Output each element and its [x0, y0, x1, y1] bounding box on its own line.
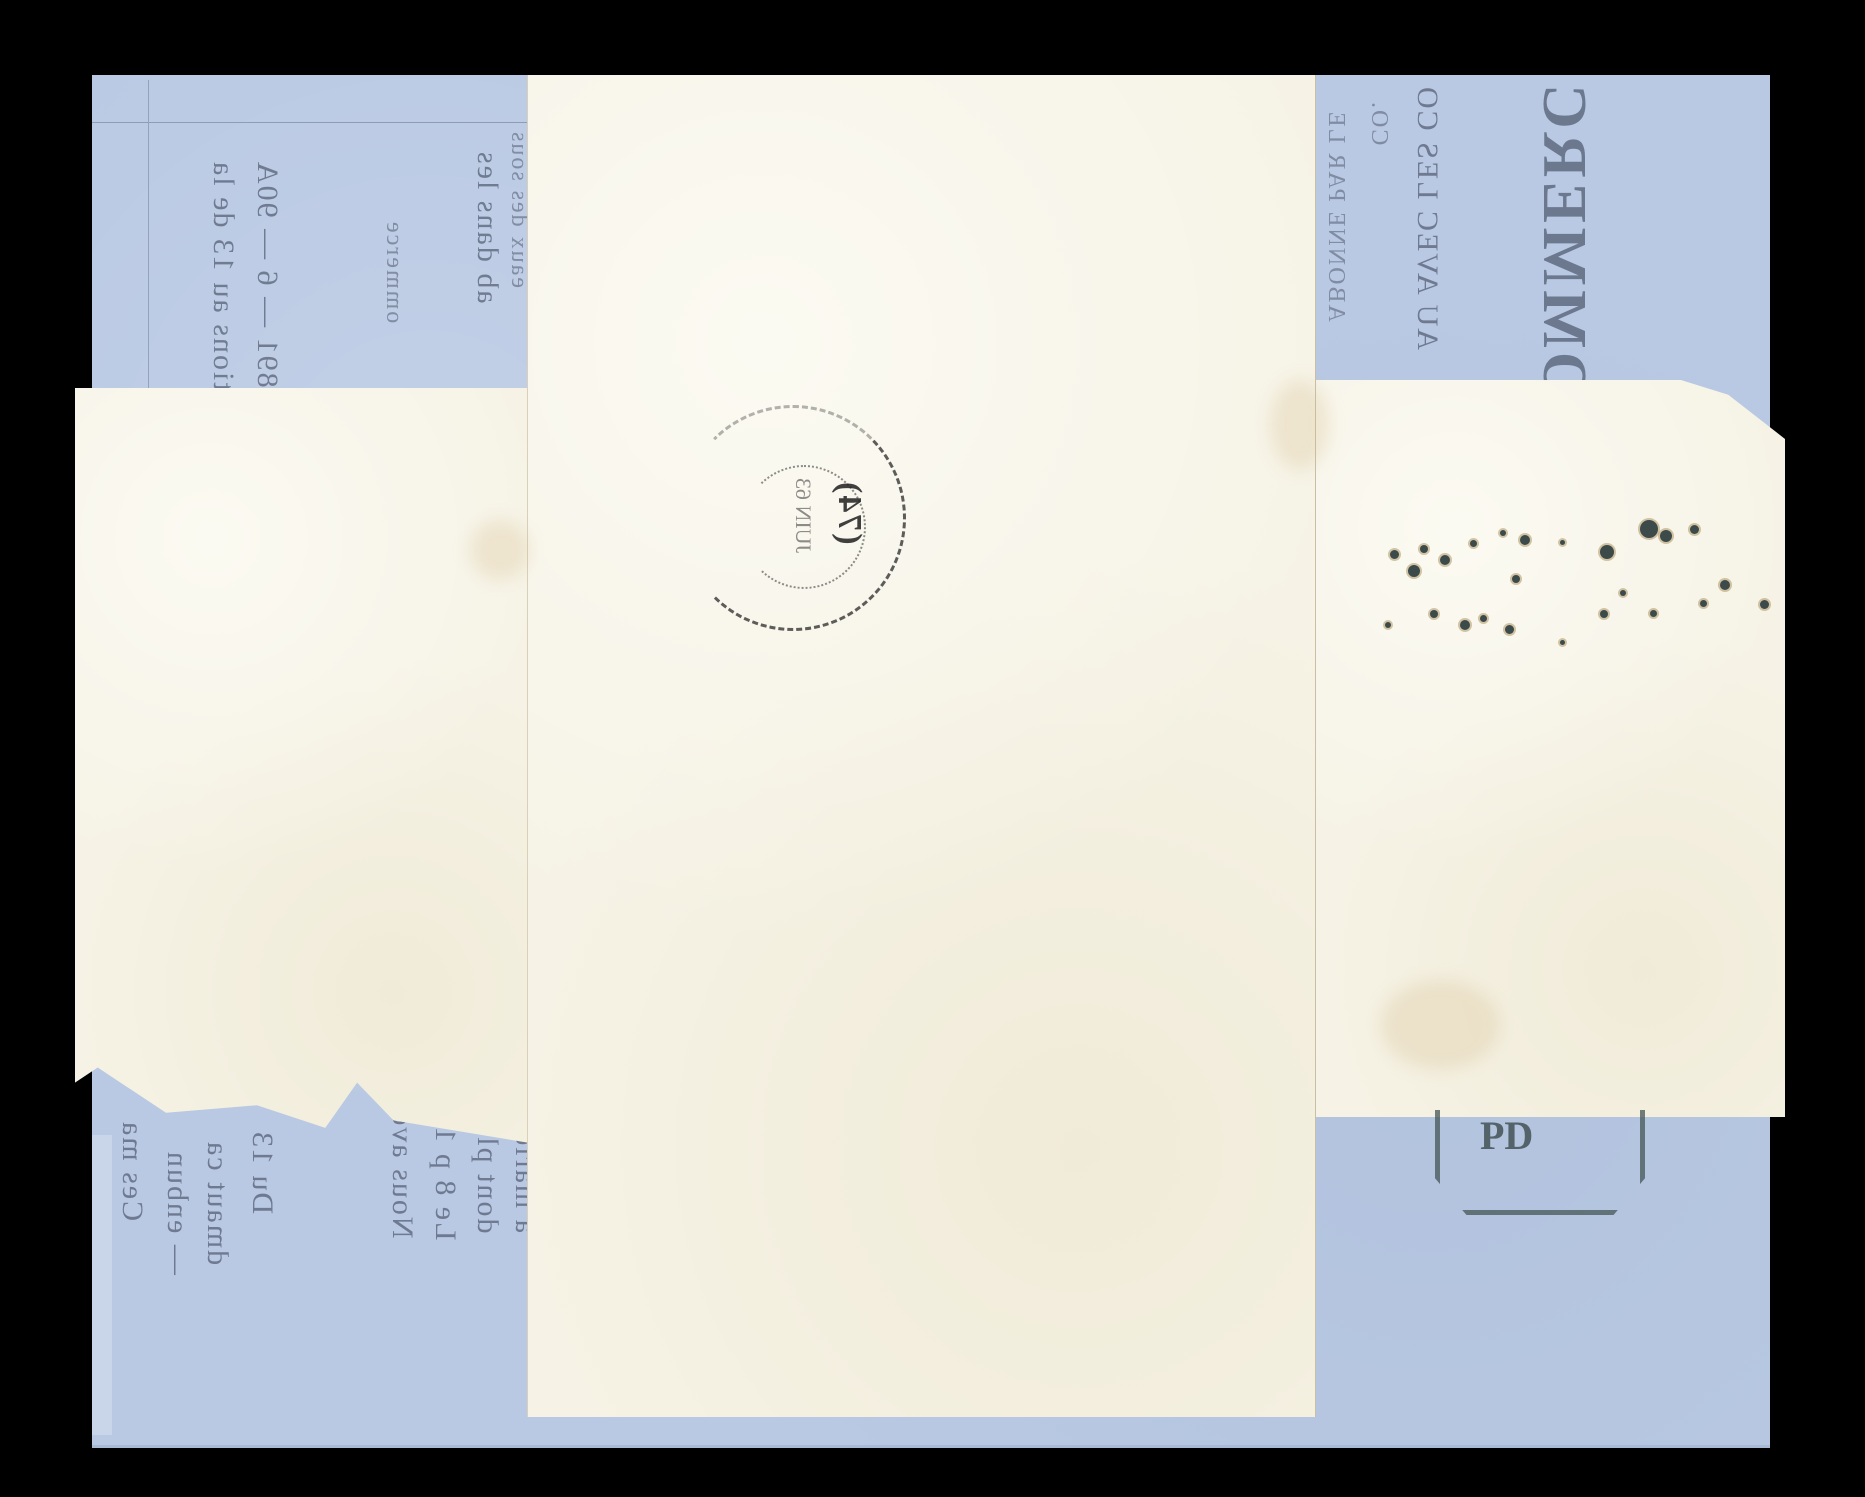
- ink-blot: [1640, 520, 1658, 538]
- newspaper-text-fragment: Nous ave: [385, 1110, 419, 1238]
- ink-blot: [1385, 622, 1391, 628]
- newspaper-text-fragment: ab dans les: [470, 150, 504, 304]
- handstamp-text: PD: [1480, 1112, 1533, 1159]
- ink-blot: [1512, 575, 1520, 583]
- foxing-stain: [470, 520, 530, 580]
- ink-blot: [1620, 590, 1626, 596]
- newspaper-text-fragment: ABONNE PAR LE: [1322, 110, 1349, 322]
- newspaper-text-fragment: CO.: [1365, 100, 1392, 145]
- newspaper-text-fragment: dmaut ca: [200, 1140, 234, 1265]
- ink-blot: [1470, 540, 1477, 547]
- ink-blot: [1600, 545, 1614, 559]
- foxing-stain: [1380, 980, 1500, 1070]
- newspaper-column-rule: [148, 80, 149, 410]
- ink-blot: [1408, 565, 1420, 577]
- wrapper-band-right: [1312, 380, 1785, 1117]
- ink-blot: [1480, 615, 1487, 622]
- newspaper-text-fragment: ommerce: [380, 220, 407, 323]
- ink-blot: [1560, 640, 1565, 645]
- ink-blot: [1505, 625, 1514, 634]
- ink-blot: [1390, 550, 1399, 559]
- ink-blot: [1520, 535, 1530, 545]
- ink-blot: [1440, 555, 1450, 565]
- postmark-date: JUIN 63: [790, 478, 816, 553]
- ink-blot: [1760, 600, 1769, 609]
- ink-blot: [1660, 530, 1672, 542]
- newspaper-text-fragment: 1891 — 6 — 90A: [250, 160, 284, 405]
- ink-blot: [1500, 530, 1506, 536]
- ink-blot: [1560, 540, 1565, 545]
- wrapper-band-left: [75, 388, 530, 1143]
- newspaper-text-fragment: Ces ma: [115, 1120, 149, 1221]
- newspaper-fold-edge: [92, 1135, 112, 1435]
- newspaper-text-fragment: — enbun: [160, 1150, 194, 1275]
- ink-blot: [1460, 620, 1470, 630]
- ink-blot: [1420, 545, 1428, 553]
- newspaper-text-fragment: AU AVEC LES CO: [1410, 85, 1444, 350]
- ink-blot: [1650, 610, 1657, 617]
- ink-blot: [1700, 600, 1707, 607]
- newspaper-text-fragment: Du 13: [245, 1130, 279, 1214]
- ink-blot: [1600, 610, 1608, 618]
- ink-blot: [1690, 525, 1699, 534]
- ink-blot: [1430, 610, 1438, 618]
- postmark-number: (74): [830, 480, 868, 545]
- foxing-stain: [1270, 380, 1330, 470]
- newspaper-column-rule: [92, 122, 532, 123]
- octagonal-handstamp: [1435, 1110, 1645, 1215]
- ink-blot: [1720, 580, 1730, 590]
- wrapper-band-center: [527, 75, 1316, 1417]
